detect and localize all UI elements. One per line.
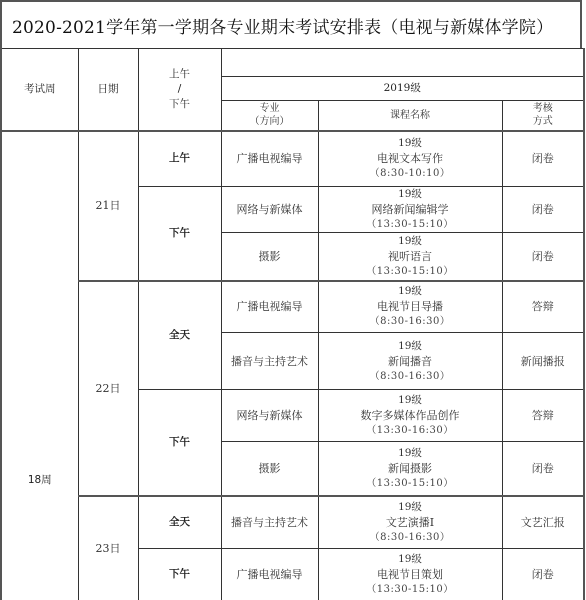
- date-cell: 23日: [78, 496, 138, 600]
- course-time: （8:30-16:30）: [319, 530, 502, 545]
- course-name: 网络新闻编辑学: [319, 202, 502, 217]
- method-cell: 闭卷: [502, 549, 584, 600]
- course-grade: 19级: [319, 187, 502, 202]
- course-grade: 19级: [319, 446, 502, 461]
- course-time: （8:30-16:30）: [319, 314, 502, 329]
- header-year-level: 2019级: [221, 77, 584, 101]
- header-week: 考试周: [1, 49, 78, 131]
- method-cell: 答辩: [502, 281, 584, 333]
- header-method-line1: 考核: [503, 102, 584, 115]
- major-cell: 广播电视编导: [221, 131, 318, 187]
- course-time: （13:30-15:10）: [319, 476, 502, 491]
- course-name: 视听语言: [319, 249, 502, 264]
- course-cell: 19级 新闻播音 （8:30-16:30）: [318, 333, 502, 390]
- header-major-line1: 专业: [222, 102, 318, 115]
- date-cell: 22日: [78, 281, 138, 496]
- header-period-am: 上午: [139, 67, 221, 82]
- method-cell: 文艺汇报: [502, 496, 584, 549]
- course-time: （13:30-16:30）: [319, 423, 502, 438]
- header-course: 课程名称: [318, 101, 502, 131]
- major-cell: 广播电视编导: [221, 281, 318, 333]
- course-time: （13:30-15:10）: [319, 217, 502, 232]
- page-title: 2020-2021学年第一学期各专业期末考试安排表（电视与新媒体学院）: [0, 0, 582, 48]
- course-cell: 19级 电视节目导播 （8:30-16:30）: [318, 281, 502, 333]
- course-name: 电视节目导播: [319, 299, 502, 314]
- course-name: 新闻摄影: [319, 461, 502, 476]
- period-cell: 全天: [138, 281, 221, 390]
- table-row: 23日 全天 播音与主持艺术 19级 文艺演播I （8:30-16:30） 文艺…: [1, 496, 584, 549]
- period-cell: 下午: [138, 549, 221, 600]
- course-name: 电视文本写作: [319, 151, 502, 166]
- method-cell: 闭卷: [502, 187, 584, 233]
- major-cell: 播音与主持艺术: [221, 496, 318, 549]
- method-cell: 闭卷: [502, 131, 584, 187]
- course-grade: 19级: [319, 234, 502, 249]
- table-row: 22日 全天 广播电视编导 19级 电视节目导播 （8:30-16:30） 答辩: [1, 281, 584, 333]
- course-name: 文艺演播I: [319, 515, 502, 530]
- header-method-line2: 方式: [503, 115, 584, 128]
- course-grade: 19级: [319, 284, 502, 299]
- method-cell: 闭卷: [502, 442, 584, 496]
- header-row: 考试周 日期 上午 / 下午: [1, 49, 584, 77]
- period-cell: 上午: [138, 131, 221, 187]
- period-cell: 下午: [138, 390, 221, 496]
- header-date: 日期: [78, 49, 138, 131]
- course-name: 数字多媒体作品创作: [319, 408, 502, 423]
- course-cell: 19级 新闻摄影 （13:30-15:10）: [318, 442, 502, 496]
- header-major-line2: （方向）: [222, 115, 318, 128]
- header-period-pm: 下午: [139, 97, 221, 112]
- header-period-sep: /: [139, 82, 221, 97]
- date-cell: 21日: [78, 131, 138, 281]
- course-cell: 19级 视听语言 （13:30-15:10）: [318, 233, 502, 281]
- course-grade: 19级: [319, 136, 502, 151]
- major-cell: 广播电视编导: [221, 549, 318, 600]
- course-grade: 19级: [319, 552, 502, 567]
- major-cell: 摄影: [221, 442, 318, 496]
- course-name: 新闻播音: [319, 354, 502, 369]
- course-grade: 19级: [319, 393, 502, 408]
- course-cell: 19级 电视节目策划 （13:30-15:10）: [318, 549, 502, 600]
- course-cell: 19级 数字多媒体作品创作 （13:30-16:30）: [318, 390, 502, 442]
- major-cell: 网络与新媒体: [221, 390, 318, 442]
- course-cell: 19级 电视文本写作 （8:30-10:10）: [318, 131, 502, 187]
- course-name: 电视节目策划: [319, 567, 502, 582]
- header-method: 考核 方式: [502, 101, 584, 131]
- major-cell: 摄影: [221, 233, 318, 281]
- period-cell: 下午: [138, 187, 221, 281]
- table-row: 18周 21日 上午 广播电视编导 19级 电视文本写作 （8:30-10:10…: [1, 131, 584, 187]
- method-cell: 闭卷: [502, 233, 584, 281]
- course-time: （8:30-16:30）: [319, 369, 502, 384]
- major-cell: 播音与主持艺术: [221, 333, 318, 390]
- course-grade: 19级: [319, 500, 502, 515]
- header-period: 上午 / 下午: [138, 49, 221, 131]
- header-major: 专业 （方向）: [221, 101, 318, 131]
- method-cell: 新闻播报: [502, 333, 584, 390]
- course-time: （13:30-15:10）: [319, 264, 502, 279]
- course-cell: 19级 网络新闻编辑学 （13:30-15:10）: [318, 187, 502, 233]
- exam-schedule-table: 考试周 日期 上午 / 下午 2019级 专业 （方向） 课程名称 考核 方式 …: [0, 48, 585, 600]
- header-blank: [221, 49, 584, 77]
- week-cell: 18周: [1, 131, 78, 600]
- course-cell: 19级 文艺演播I （8:30-16:30）: [318, 496, 502, 549]
- method-cell: 答辩: [502, 390, 584, 442]
- major-cell: 网络与新媒体: [221, 187, 318, 233]
- course-time: （13:30-15:10）: [319, 582, 502, 597]
- period-cell: 全天: [138, 496, 221, 549]
- course-time: （8:30-10:10）: [319, 166, 502, 181]
- course-grade: 19级: [319, 339, 502, 354]
